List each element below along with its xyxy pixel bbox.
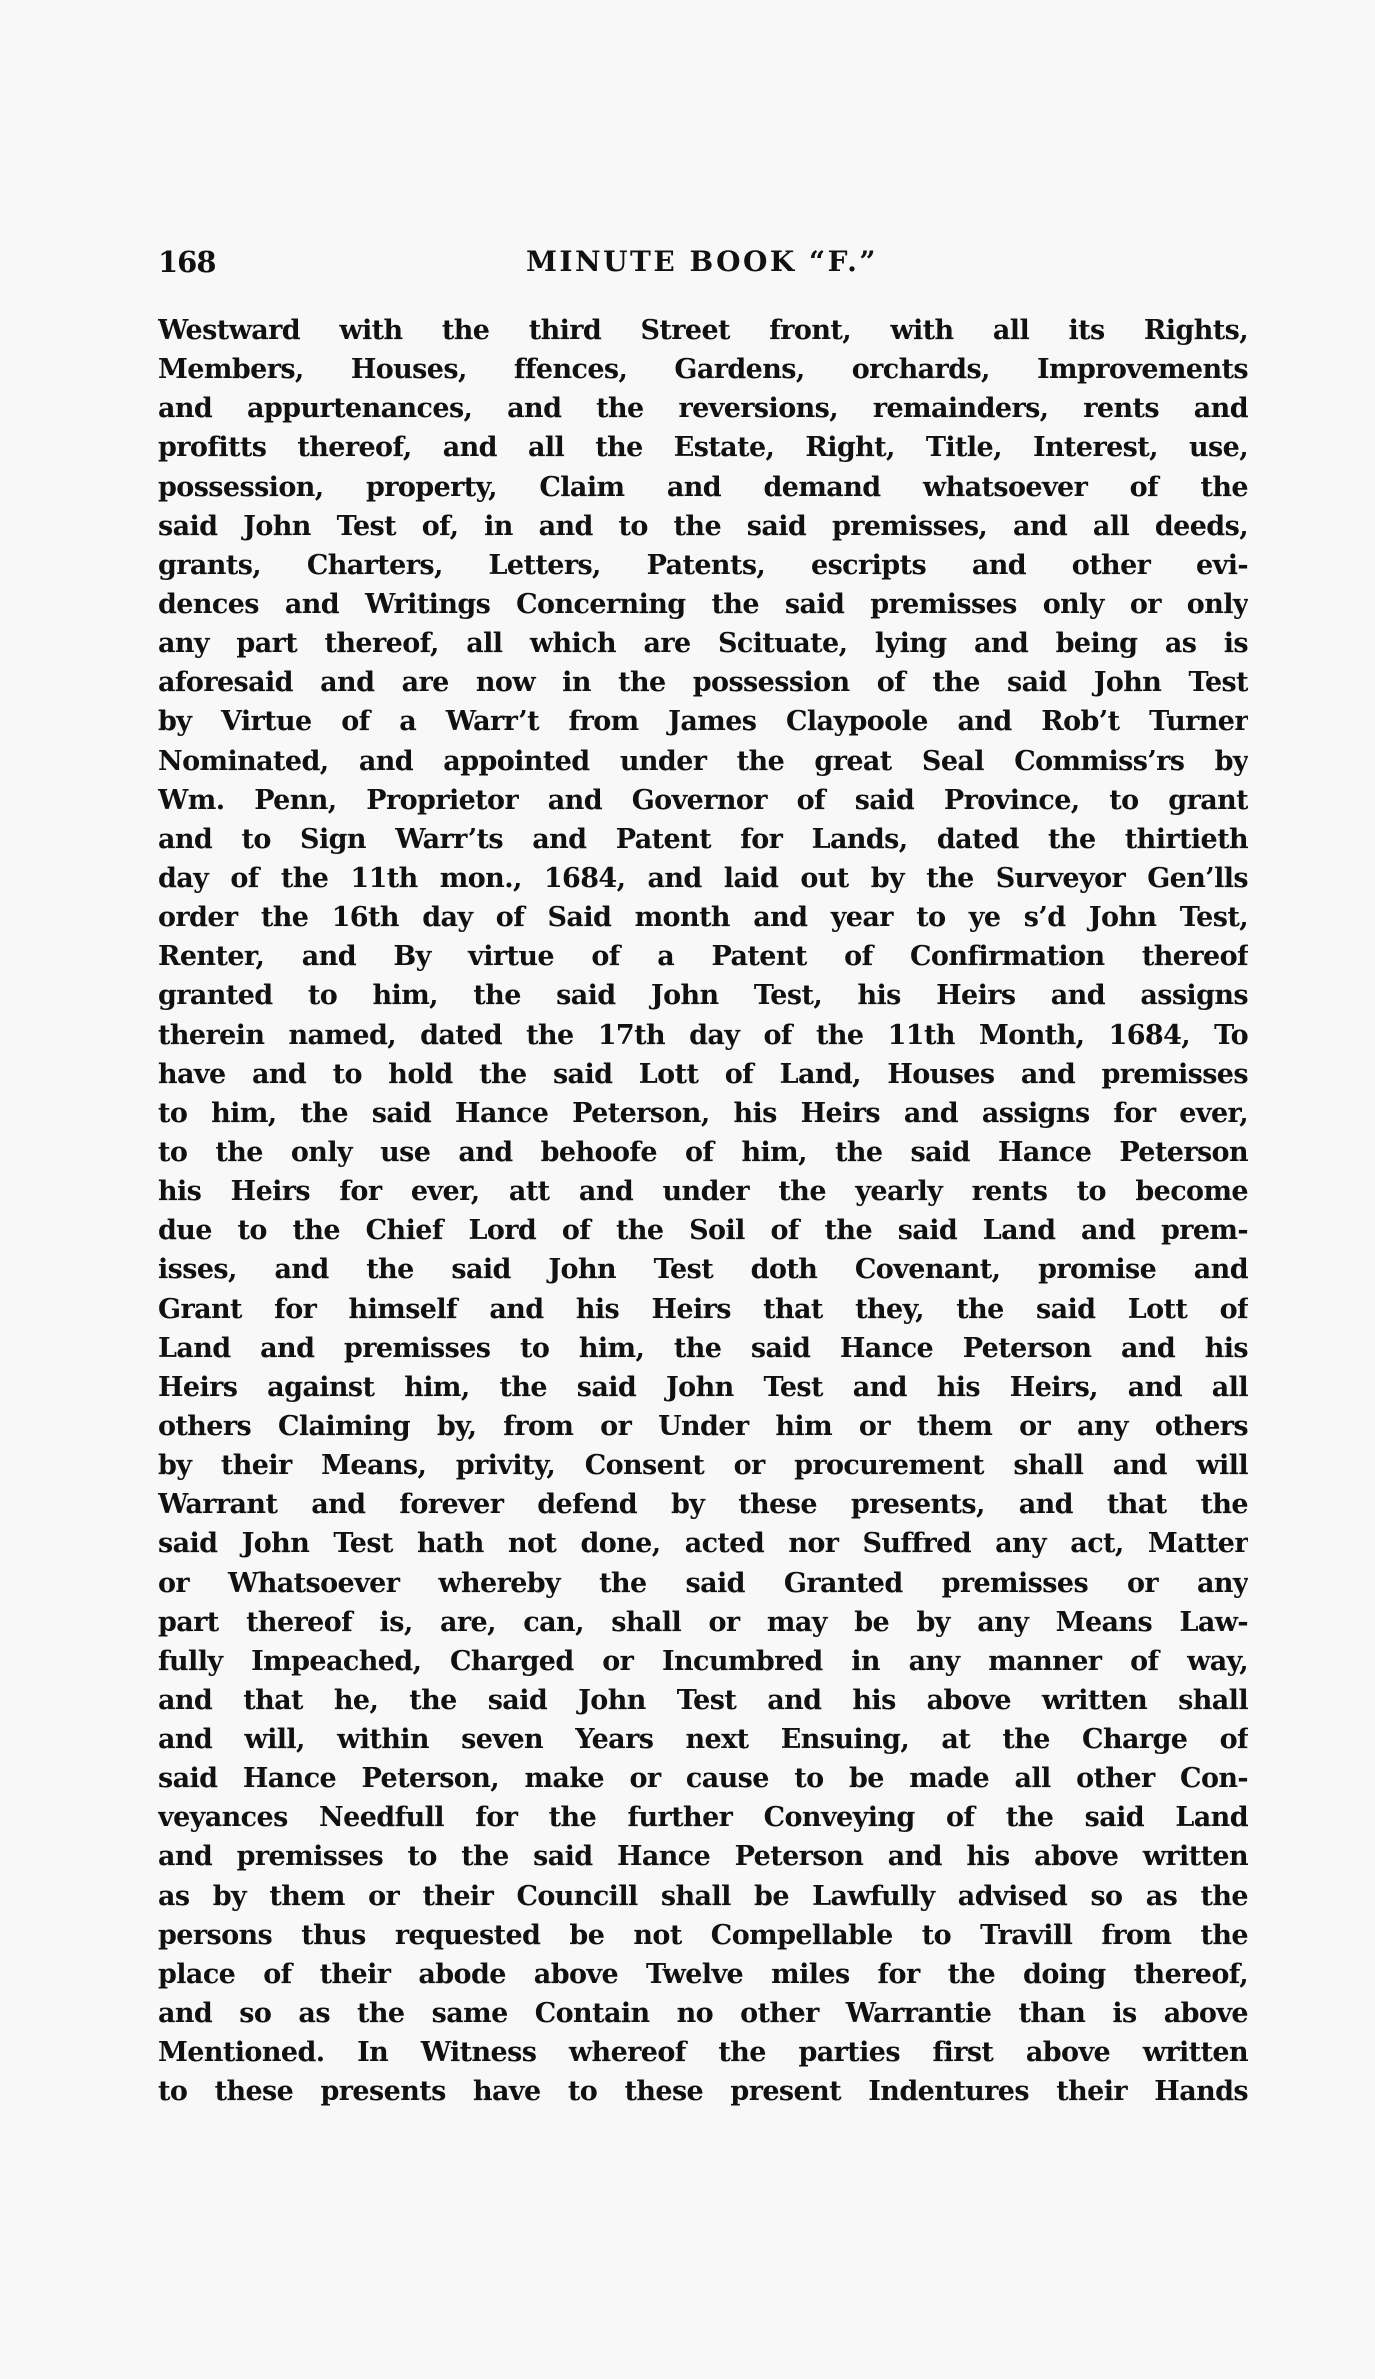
text-line: Mentioned. In Witness whereof the partie…: [158, 2033, 1248, 2072]
text-line: or Whatsoever whereby the said Granted p…: [158, 1564, 1248, 1603]
text-line: day of the 11th mon., 1684, and laid out…: [158, 859, 1248, 898]
text-line: part thereof is, are, can, shall or may …: [158, 1603, 1248, 1642]
text-line: place of their abode above Twelve miles …: [158, 1955, 1248, 1994]
text-line: and that he, the said John Test and his …: [158, 1681, 1248, 1720]
text-line: said Hance Peterson, make or cause to be…: [158, 1759, 1248, 1798]
text-line: as by them or their Councill shall be La…: [158, 1877, 1248, 1916]
book-page: 168 MINUTE BOOK “F.” Westward with the t…: [0, 0, 1375, 2379]
text-line: persons thus requested be not Compellabl…: [158, 1916, 1248, 1955]
text-line: and will, within seven Years next Ensuin…: [158, 1720, 1248, 1759]
text-line: due to the Chief Lord of the Soil of the…: [158, 1211, 1248, 1250]
text-line: order the 16th day of Said month and yea…: [158, 898, 1248, 937]
text-line: Grant for himself and his Heirs that the…: [158, 1290, 1248, 1329]
text-line: Heirs against him, the said John Test an…: [158, 1368, 1248, 1407]
text-line: Warrant and forever defend by these pres…: [158, 1485, 1248, 1524]
text-line: therein named, dated the 17th day of the…: [158, 1016, 1248, 1055]
text-line: Land and premisses to him, the said Hanc…: [158, 1329, 1248, 1368]
text-line: to these presents have to these present …: [158, 2072, 1248, 2111]
text-line: Members, Houses, ffences, Gardens, orcha…: [158, 350, 1248, 389]
text-line: and appurtenances, and the reversions, r…: [158, 389, 1248, 428]
book-title: MINUTE BOOK “F.”: [505, 244, 899, 280]
text-line: possession, property, Claim and demand w…: [158, 468, 1248, 507]
text-line: dences and Writings Concerning the said …: [158, 585, 1248, 624]
text-line: profitts thereof, and all the Estate, Ri…: [158, 428, 1248, 467]
text-line: said John Test of, in and to the said pr…: [158, 507, 1248, 546]
text-line: Westward with the third Street front, wi…: [158, 311, 1248, 350]
text-line: veyances Needfull for the further Convey…: [158, 1798, 1248, 1837]
text-line: to the only use and behoofe of him, the …: [158, 1133, 1248, 1172]
text-line: isses, and the said John Test doth Coven…: [158, 1250, 1248, 1289]
text-line: any part thereof, all which are Scituate…: [158, 624, 1248, 663]
text-line: have and to hold the said Lott of Land, …: [158, 1055, 1248, 1094]
body-text: Westward with the third Street front, wi…: [158, 311, 1248, 2111]
text-line: Wm. Penn, Proprietor and Governor of sai…: [158, 781, 1248, 820]
text-line: by Virtue of a Warr’t from James Claypoo…: [158, 702, 1248, 741]
text-line: Nominated, and appointed under the great…: [158, 742, 1248, 781]
page-number: 168: [158, 244, 216, 280]
text-line: fully Impeached, Charged or Incumbred in…: [158, 1642, 1248, 1681]
text-line: grants, Charters, Letters, Patents, escr…: [158, 546, 1248, 585]
text-line: aforesaid and are now in the possession …: [158, 663, 1248, 702]
running-head: 168 MINUTE BOOK “F.”: [158, 244, 1248, 280]
text-line: granted to him, the said John Test, his …: [158, 976, 1248, 1015]
text-line: and to Sign Warr’ts and Patent for Lands…: [158, 820, 1248, 859]
text-line: and premisses to the said Hance Peterson…: [158, 1837, 1248, 1876]
text-line: and so as the same Contain no other Warr…: [158, 1994, 1248, 2033]
text-line: others Claiming by, from or Under him or…: [158, 1407, 1248, 1446]
text-line: by their Means, privity, Consent or proc…: [158, 1446, 1248, 1485]
text-line: Renter, and By virtue of a Patent of Con…: [158, 937, 1248, 976]
text-line: his Heirs for ever, att and under the ye…: [158, 1172, 1248, 1211]
text-line: to him, the said Hance Peterson, his Hei…: [158, 1094, 1248, 1133]
text-line: said John Test hath not done, acted nor …: [158, 1524, 1248, 1563]
